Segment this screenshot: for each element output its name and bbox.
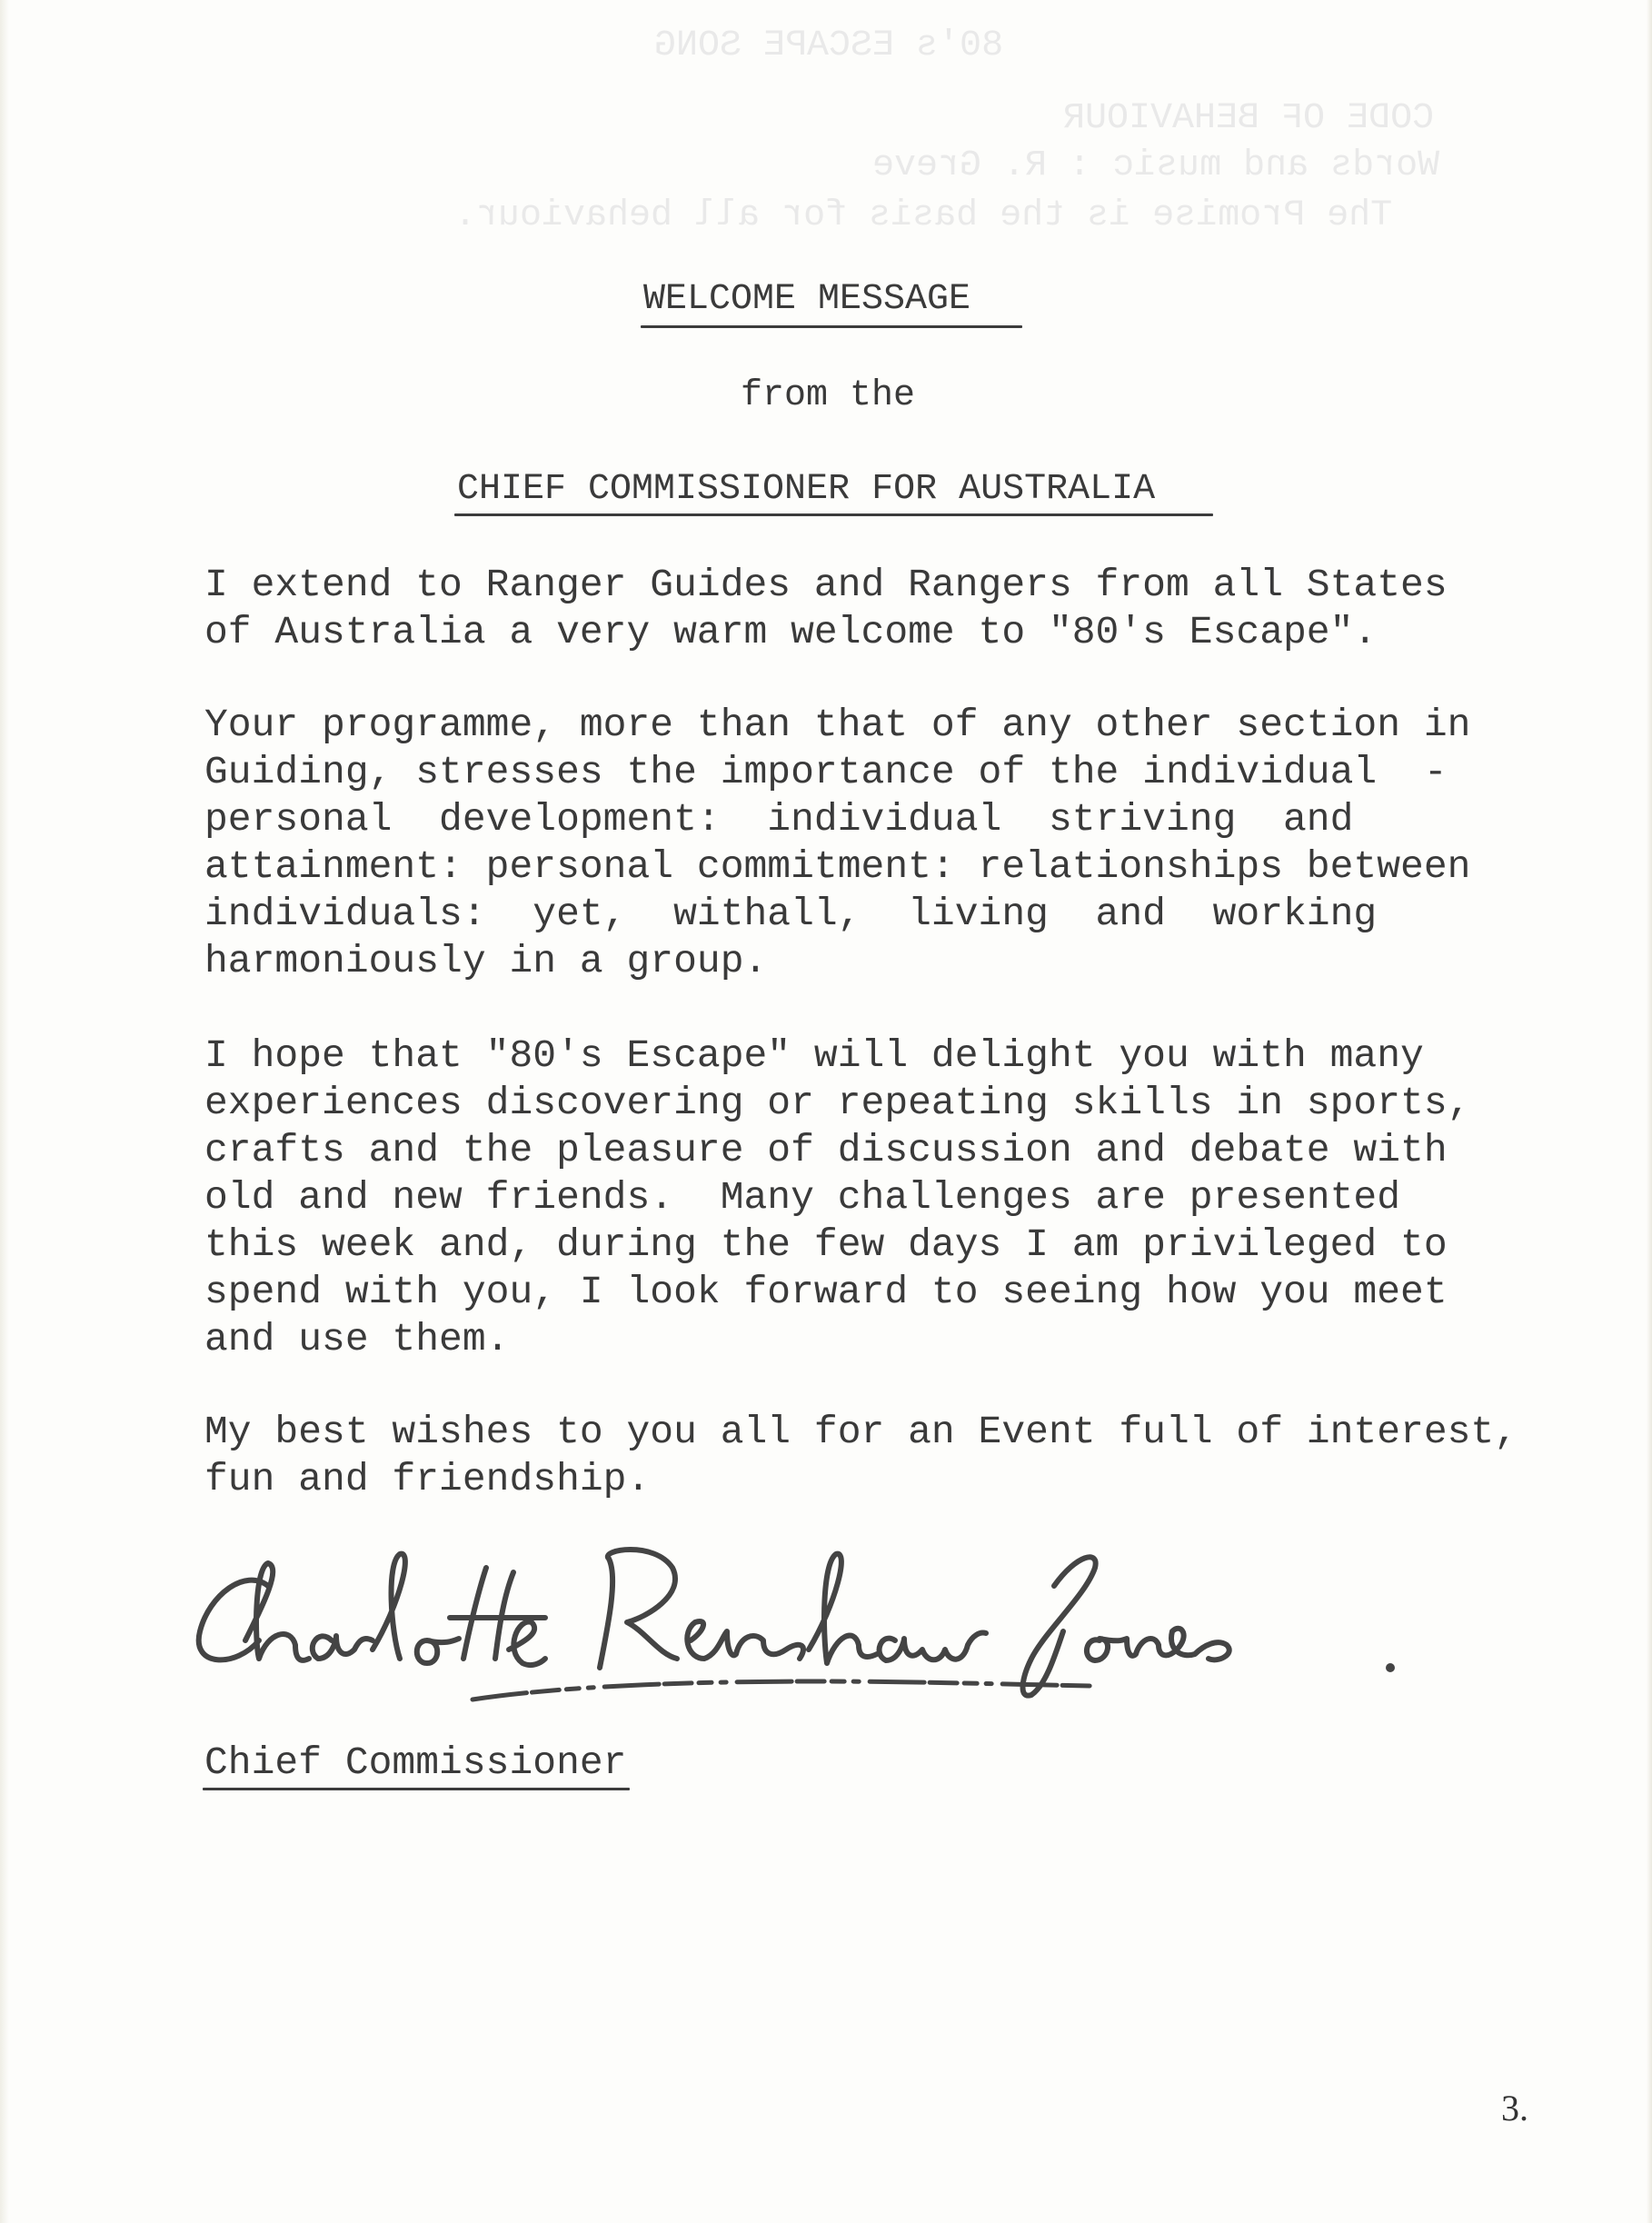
- paragraph-line: individuals: yet, withall, living and wo…: [204, 891, 1377, 938]
- paragraph-line: personal development: individual strivin…: [204, 796, 1353, 843]
- page-edge-right: [1647, 0, 1652, 2223]
- paragraph-line: old and new friends. Many challenges are…: [204, 1174, 1400, 1221]
- paragraph-line: Your programme, more than that of any ot…: [204, 702, 1470, 749]
- paragraph-line: experiences discovering or repeating ski…: [204, 1080, 1470, 1127]
- bleed-through-line: Words and music : R. Greve: [872, 145, 1439, 186]
- signatory-title: Chief Commissioner: [204, 1740, 626, 1787]
- handwritten-signature: Charlotte Renshaw Jones: [182, 1531, 1399, 1713]
- bleed-through-title: 80's ESCAPE SONG: [654, 25, 1003, 66]
- paragraph-line: My best wishes to you all for an Event f…: [204, 1409, 1518, 1456]
- paragraph-line: I extend to Ranger Guides and Rangers fr…: [204, 562, 1448, 609]
- subtitle-underline: [454, 513, 1213, 516]
- paragraph-line: Guiding, stresses the importance of the …: [204, 749, 1448, 796]
- paragraph-line: spend with you, I look forward to seeing…: [204, 1269, 1448, 1316]
- paragraph-line: and use them.: [204, 1316, 509, 1363]
- subtitle-connector: from the: [741, 374, 915, 418]
- page-edge-left: [0, 0, 9, 2223]
- paragraph-line: this week and, during the few days I am …: [204, 1221, 1448, 1269]
- paragraph-line: attainment: personal commitment: relatio…: [204, 843, 1470, 891]
- bleed-through-line: The Promise is the basis for all behavio…: [454, 195, 1392, 236]
- paragraph-line: of Australia a very warm welcome to "80'…: [204, 609, 1377, 656]
- paragraph-line: fun and friendship.: [204, 1456, 650, 1503]
- paragraph-line: harmoniously in a group.: [204, 938, 767, 985]
- bleed-through-heading: CODE OF BEHAVIOUR: [1063, 98, 1434, 139]
- page-number: 3.: [1501, 2087, 1528, 2129]
- paragraph-line: crafts and the pleasure of discussion an…: [204, 1127, 1448, 1174]
- document-title: WELCOME MESSAGE: [643, 278, 970, 322]
- signatory-title-underline: [203, 1788, 630, 1790]
- document-subtitle: CHIEF COMMISSIONER FOR AUSTRALIA: [457, 468, 1155, 512]
- title-underline: [641, 325, 1022, 328]
- paragraph-line: I hope that "80's Escape" will delight y…: [204, 1032, 1424, 1080]
